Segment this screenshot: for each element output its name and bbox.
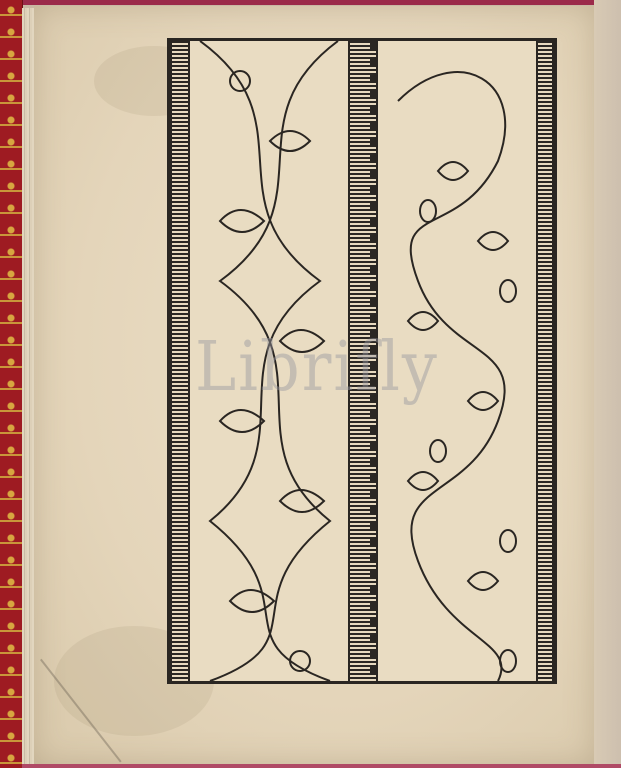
right-ruled-strip [536,41,554,681]
top-binding-edge [0,0,621,5]
adjacent-page-edge [594,0,621,768]
left-ruled-strip [170,41,190,681]
woodcut-ornamental-border [167,38,557,684]
vine-ornament-icon [190,41,348,681]
bottom-binding-edge [22,764,621,768]
book-spine-binding [0,0,23,768]
acorn-ornament-icon [378,41,536,681]
oak-acorn-panel [378,41,536,681]
vine-leaf-panel [190,41,348,681]
center-ruled-strip [348,41,378,681]
